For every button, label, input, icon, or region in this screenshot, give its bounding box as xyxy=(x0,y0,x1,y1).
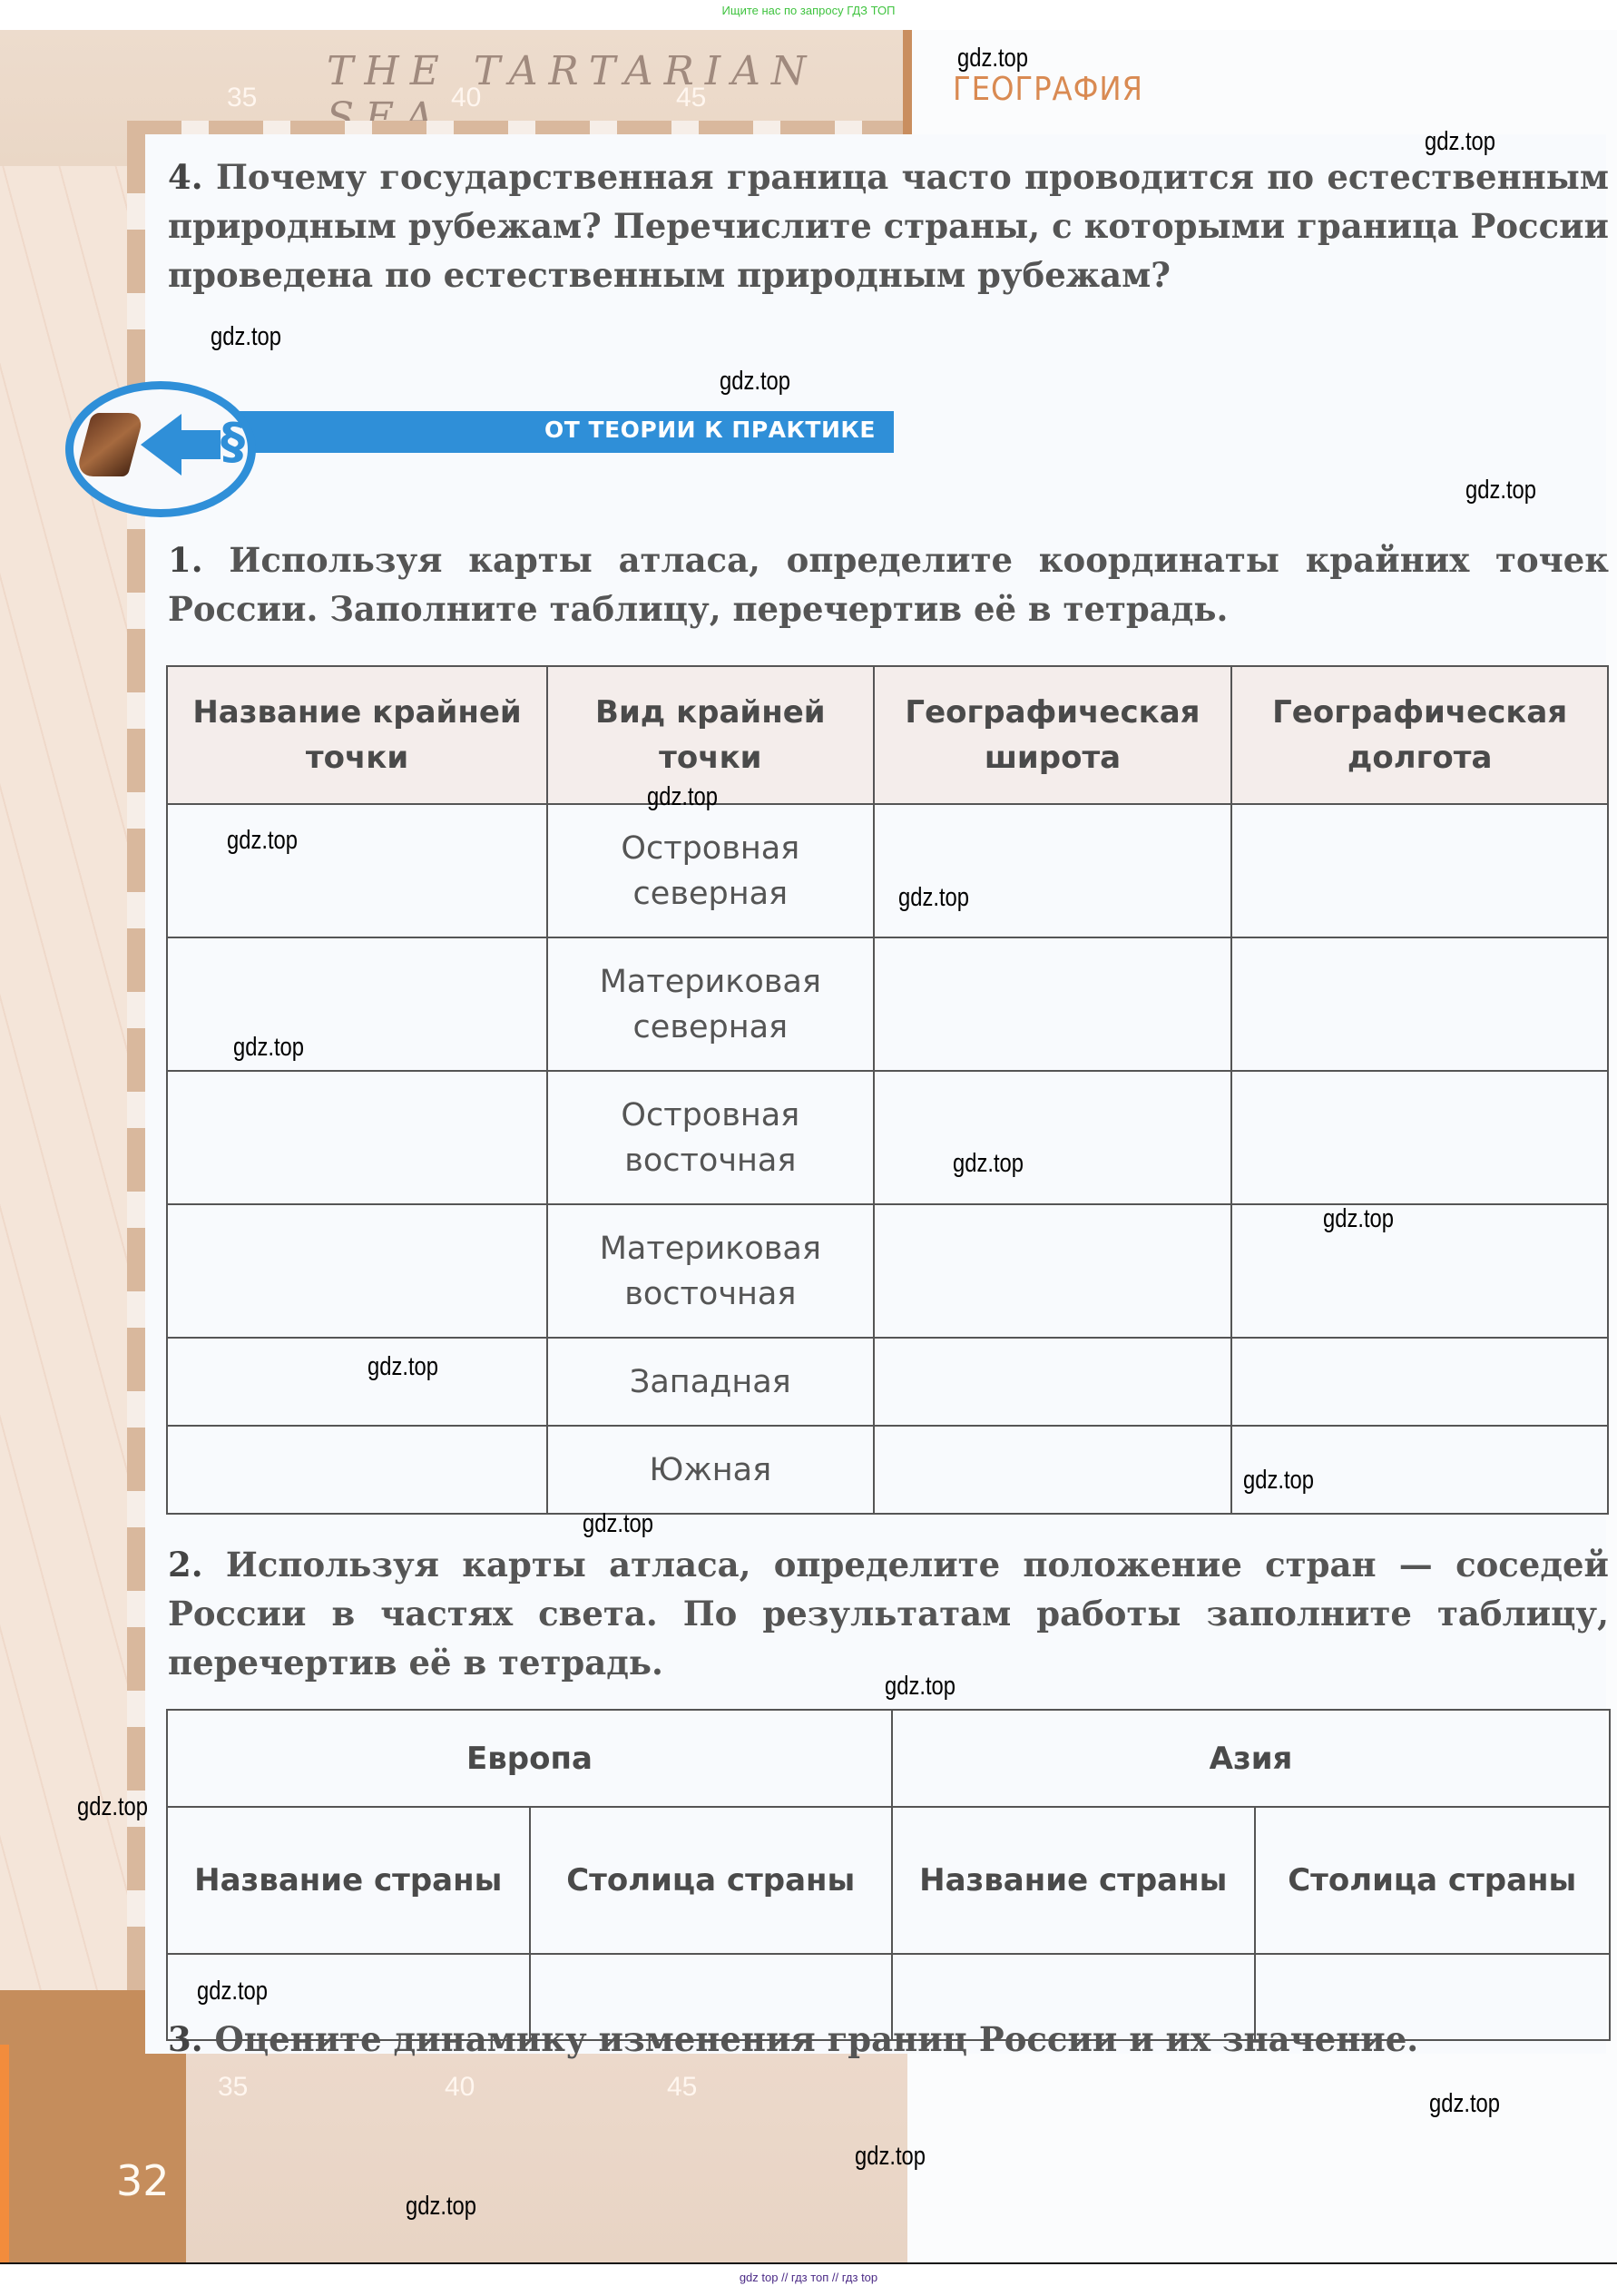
watermark: gdz.top xyxy=(583,1509,653,1539)
table-cell: Материковая северная xyxy=(547,937,874,1071)
degree-mark: 40 xyxy=(445,2072,475,2103)
arrow-left-icon xyxy=(141,414,181,476)
arrow-body xyxy=(180,430,220,459)
table-cell xyxy=(167,1338,547,1426)
task-text: Оцените динамику изменения границ России… xyxy=(215,2019,1419,2059)
bottom-watermark-note: gdz top // гдз топ // гдз top xyxy=(0,2271,1617,2284)
watermark: gdz.top xyxy=(1429,2089,1500,2119)
table-cell xyxy=(1231,1204,1608,1338)
table-header-row: Название страны Столица страны Название … xyxy=(167,1807,1610,1954)
group-header-asia: Азия xyxy=(892,1710,1610,1807)
column-header: Название крайней точки xyxy=(167,666,547,804)
page-bottom-border xyxy=(0,2262,1617,2264)
degree-mark: 35 xyxy=(227,83,257,113)
table-cell xyxy=(167,1426,547,1514)
column-header: Столица страны xyxy=(1255,1807,1611,1954)
banner-title: ОТ ТЕОРИИ К ПРАКТИКЕ xyxy=(544,417,876,443)
task-number: 1. xyxy=(168,540,203,580)
watermark: gdz.top xyxy=(1465,476,1536,505)
section-symbol-icon: § xyxy=(220,413,245,470)
table-header-row: Название крайней точки Вид крайней точки… xyxy=(167,666,1608,804)
degree-mark: 45 xyxy=(676,83,706,113)
table-cell xyxy=(874,937,1232,1071)
table-cell xyxy=(1231,804,1608,937)
watermark: gdz.top xyxy=(367,1352,438,1382)
question-4: 4. Почему государственная граница часто … xyxy=(168,152,1609,299)
watermark: gdz.top xyxy=(720,367,790,397)
watermark: gdz.top xyxy=(233,1033,304,1063)
watermark: gdz.top xyxy=(885,1672,955,1702)
table-cell xyxy=(167,1071,547,1204)
table-row: Островная северная xyxy=(167,804,1608,937)
table-row: Южная xyxy=(167,1426,1608,1514)
watermark: gdz.top xyxy=(953,1149,1024,1179)
column-header: Название страны xyxy=(167,1807,530,1954)
page-number: 32 xyxy=(116,2156,170,2205)
table-cell xyxy=(874,1426,1232,1514)
table-cell: Островная северная xyxy=(547,804,874,937)
table-cell: Островная восточная xyxy=(547,1071,874,1204)
group-header-europe: Европа xyxy=(167,1710,892,1807)
column-header: Столица страны xyxy=(530,1807,892,1954)
table-cell xyxy=(1231,1071,1608,1204)
table-cell xyxy=(1231,937,1608,1071)
table-cell xyxy=(874,804,1232,937)
table-cell xyxy=(874,1338,1232,1426)
degree-mark: 35 xyxy=(218,2072,248,2103)
task-1: 1. Используя карты атласа, определите ко… xyxy=(168,535,1609,633)
table-cell xyxy=(167,1204,547,1338)
watermark: gdz.top xyxy=(77,1792,148,1822)
top-search-note: Ищите нас по запросу ГДЗ ТОП xyxy=(0,4,1617,17)
table-row: Материковая северная xyxy=(167,937,1608,1071)
watermark: gdz.top xyxy=(1243,1466,1314,1496)
task-number: 3. xyxy=(168,2019,203,2059)
extreme-points-table: Название крайней точки Вид крайней точки… xyxy=(166,665,1609,1515)
table-cell: Материковая восточная xyxy=(547,1204,874,1338)
table-cell xyxy=(874,1204,1232,1338)
table-cell xyxy=(167,804,547,937)
neighbor-countries-table: Европа Азия Название страны Столица стра… xyxy=(166,1709,1611,2041)
degree-mark: 45 xyxy=(667,2072,697,2103)
watermark: gdz.top xyxy=(227,826,298,856)
table-cell xyxy=(874,1071,1232,1204)
table-cell: Западная xyxy=(547,1338,874,1426)
table-row: Островная восточная xyxy=(167,1071,1608,1204)
watermark: gdz.top xyxy=(211,322,281,352)
column-header: Географическая широта xyxy=(874,666,1232,804)
task-number: 2. xyxy=(168,1545,203,1585)
question-text: Почему государственная граница часто про… xyxy=(168,157,1609,295)
task-text: Используя карты атласа, определите коорд… xyxy=(168,540,1609,629)
watermark: gdz.top xyxy=(406,2192,476,2222)
watermark: gdz.top xyxy=(1323,1204,1394,1234)
task-2: 2. Используя карты атласа, определите по… xyxy=(168,1540,1609,1687)
watermark: gdz.top xyxy=(855,2142,926,2172)
task-3: 3. Оцените динамику изменения границ Рос… xyxy=(168,2015,1609,2064)
table-cell xyxy=(167,937,547,1071)
map-background-left xyxy=(0,30,145,2262)
watermark: gdz.top xyxy=(1425,127,1495,157)
watermark: gdz.top xyxy=(197,1977,268,2007)
table-cell: Южная xyxy=(547,1426,874,1514)
table-group-row: Европа Азия xyxy=(167,1710,1610,1807)
watermark: gdz.top xyxy=(647,782,718,812)
degree-mark: 40 xyxy=(451,83,481,113)
subject-title: ГЕОГРАФИЯ xyxy=(953,71,1143,108)
table-cell xyxy=(1231,1338,1608,1426)
column-header: Географическая долгота xyxy=(1231,666,1608,804)
task-text: Используя карты атласа, определите полож… xyxy=(168,1545,1609,1683)
column-header: Название страны xyxy=(892,1807,1255,1954)
watermark: gdz.top xyxy=(898,883,969,913)
question-number: 4. xyxy=(168,157,203,197)
watermark: gdz.top xyxy=(957,44,1028,74)
